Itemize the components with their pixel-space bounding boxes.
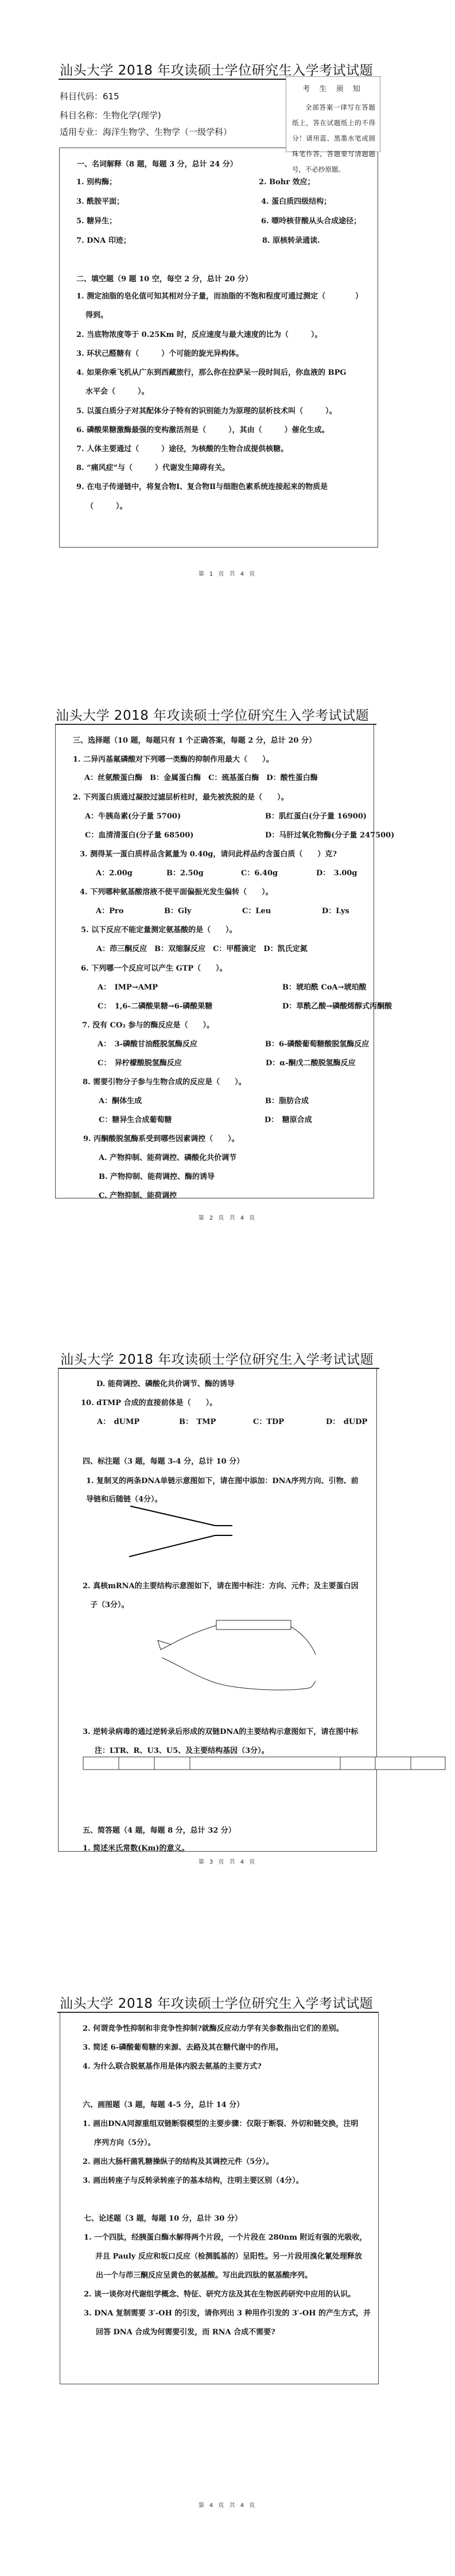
question: 3. 逆转录病毒的通过逆转录后形成的双链DNA的主要结构示意图如下，请在图中标 (83, 1725, 358, 1736)
option: D：草酰乙酸→磷酸烯醇式丙酮酸 (282, 1000, 392, 1011)
subject-name: 科目名称：生物化学(理学) (60, 109, 161, 121)
term-item: 1. 别构酶； (76, 176, 116, 187)
question: 2. 谈一谈你对代谢组学概念、特征、研究方法及其在生物医药研究中应用的认识。 (84, 2288, 355, 2299)
question: 子（3分）。 (90, 1599, 129, 1609)
question: 3. DNA 复制需要 3′-OH 的引发，请你列出 3 种用作引发的 3′-O… (84, 2307, 371, 2318)
options: A：茚三酮反应 B：双缩脲反应 C：甲醛滴定 D：凯氏定氮 (96, 942, 308, 953)
page-footer: 第 1 页 共 4 页 (0, 569, 455, 577)
question: 1. 一个四肽，经胰蛋白酶水解得两个片段，一个片段在 280nm 附近有强的光吸… (84, 2231, 367, 2242)
section-heading: 七、论述题（3 题，每题 10 分，总计 30 分） (84, 2212, 242, 2223)
option: A：牛胰岛素(分子量 5700) (85, 810, 181, 821)
option: B. 产物抑制、能荷调控、酶的诱导 (99, 1170, 215, 1181)
term-item: 4. 蛋白质四级结构； (261, 195, 331, 206)
question: 1. 复制叉的两条DNA单链示意图如下，请在图中添加：DNA序列方向、引物、前 (86, 1475, 359, 1485)
options: A：丝氨酸蛋白酶 B：金属蛋白酶 C：巯基蛋白酶 D：酸性蛋白酶 (84, 771, 318, 782)
notice-body: 全部答案一律写在答题纸上，答在试题纸上的不得分！请用蓝、黑墨水笔或圆珠笔作答，答… (292, 100, 375, 177)
question-box (58, 1368, 377, 1852)
page-footer: 第 3 页 共 4 页 (0, 1857, 455, 1865)
exam-title: 汕头大学 2018 年攻读硕士学位研究生入学考试试题 (60, 1349, 382, 1368)
question: 6. 下列哪一个反应可以产生 GTP（ ）。 (81, 962, 227, 973)
option: B： TMP (179, 1415, 216, 1426)
section-heading: 六、画图题（3 题，每题 4-5 分，总计 14 分） (83, 2098, 244, 2109)
exam-title: 汕头大学 2018 年攻读硕士学位研究生入学考试试题 (56, 705, 377, 724)
option: C： 异柠檬酸脱氢酶反应 (98, 1057, 182, 1068)
fill-line: 3. 环状己醛糖有（ ）个可能的旋光异构体。 (76, 347, 243, 358)
option: B：肌红蛋白(分子量 16900) (265, 810, 367, 821)
question: 5. 以下反应不能定量测定氨基酸的是（ ）。 (81, 924, 237, 934)
mrna-structure-diagram (155, 1619, 316, 1699)
question: 导链和后随链（4分）。 (86, 1493, 162, 1504)
question: 4. 为什么联合脱氨基作用是体内脱去氨基的主要方式? (83, 2060, 262, 2071)
retrovirus-dna-diagram (83, 1756, 448, 1771)
option: A：2.00g (96, 867, 133, 878)
term-item: 3. 酰胺平面； (76, 195, 124, 206)
option: A： IMP→AMP (98, 981, 158, 992)
page-footer: 第 4 页 共 4 页 (0, 2500, 455, 2509)
option: C：血清清蛋白(分子量 68500) (85, 829, 193, 840)
question: 10. dTMP 合成的直接前体是（ ）。 (81, 1396, 217, 1407)
fill-line: （ ）。 (86, 500, 127, 511)
option: B：Gly (164, 905, 192, 915)
fill-line: 4. 如果你乘飞机从广东到西藏旅行，那么你在拉萨呆一段时间后，你血液的 BPG (76, 366, 347, 377)
option: D：α-酮戊二酸脱氢酶反应 (266, 1057, 356, 1068)
option: D： dUDP (326, 1415, 367, 1426)
question: 9. 丙酮酸脱氢酶系受到哪些因素调控（ ）。 (83, 1132, 239, 1143)
option: C：糖异生合成葡萄糖 (99, 1114, 172, 1124)
option: D： 糖原合成 (265, 1114, 312, 1124)
fill-line: 5. 以蛋白质分子对其配体分子特有的识别能力为原理的层析技术叫（ ）。 (76, 405, 337, 416)
question: 3. 简述 6-磷酸葡萄糖的来源、去路及其在糖代谢中的作用。 (83, 2041, 283, 2052)
option: B：2.50g (166, 867, 204, 878)
page-1: 汕头大学 2018 年攻读硕士学位研究生入学考试试题 科目代码：615 科目名称… (0, 0, 455, 643)
question: 3. 画出转座子与反转录转座子的基本结构，注明主要区别（4分）。 (83, 2174, 304, 2185)
question: 2. 真核mRNA的主要结构示意图如下，请在图中标注：方向、元件；及主要蛋白因 (83, 1580, 359, 1590)
option: D. 能荷调控、磷酸化共价调节、酶的诱导 (96, 1378, 235, 1388)
fill-line: 7. 人体主要通过（ ）途径，为核酸的生物合成提供核糖。 (76, 443, 288, 453)
term-item: 8. 原核转录通读. (262, 234, 320, 245)
question: 并且 Pauly 反应和坂口反应（检测胍基的）呈阳性。另一片段用溴化氰处理释放 (95, 2250, 362, 2261)
replication-fork-diagram (129, 1504, 232, 1561)
applicable-major: 适用专业：海洋生物学、生物学（一级学科） (60, 126, 232, 138)
section-heading: 一、名词解释（8 题，每题 3 分，总计 24 分） (77, 158, 238, 169)
section-heading: 四、标注题（3 题，每题 3-4 分，总计 10 分） (83, 1455, 244, 1466)
question: 2. 下列蛋白质通过凝胶过滤层析柱时，最先被洗脱的是（ ）。 (73, 791, 289, 802)
option: C：Leu (242, 905, 271, 915)
fill-line: 2. 当底物浓度等于 0.25Km 时，反应速度与最大速度的比为（ ）。 (76, 328, 322, 339)
option: D：马肝过氧化物酶(分子量 247500) (265, 829, 394, 840)
page-footer: 第 2 页 共 4 页 (0, 1213, 455, 1221)
fill-line: 6. 磷酸果糖激酶最强的变构激活剂是（ ），其由（ ）催化生成。 (76, 424, 329, 434)
option: C：6.40g (241, 867, 278, 878)
term-item: 6. 嘌呤核苷酸从头合成途径； (261, 215, 361, 226)
term-item: 7. DNA 印迹； (76, 234, 131, 245)
option: C. 产物抑制、能荷调控 (99, 1189, 177, 1200)
question: 4. 下列哪种氨基酸溶液不使平面偏振光发生偏转（ ）。 (80, 886, 273, 897)
question: 2. 何谓竞争性抑制和非竞争性抑制?就酶反应动力学有关参数指出它们的差别。 (83, 2022, 344, 2033)
option: B：6-磷酸葡萄糖酸脱氢酶反应 (265, 1038, 369, 1049)
section-heading: 三、选择题（10 题，每题只有 1 个正确答案，每题 2 分，总计 20 分） (73, 734, 316, 745)
option: D：Lys (322, 905, 349, 915)
candidate-notice: 考 生 须 知 全部答案一律写在答题纸上，答在试题纸上的不得分！请用蓝、黑墨水笔… (286, 76, 380, 152)
option: B：琥珀酰 CoA→琥珀酸 (282, 981, 367, 992)
section-heading: 五、简答题（4 题，每题 8 分，总计 32 分） (83, 1824, 236, 1835)
question: 1. 简述米氏常数(Km)的意义。 (83, 1842, 189, 1853)
option: D： 3.00g (316, 867, 357, 878)
option: C： 1,6-二磷酸果糖→6-磷酸果糖 (98, 1000, 212, 1011)
question: 7. 没有 CO₂ 参与的酶反应是（ ）。 (82, 1019, 214, 1030)
option: A： dUMP (97, 1415, 139, 1426)
question: 1. 画出DNA同源重组双链断裂模型的主要步骤：仅限于断裂、外切和链交换，注明 (83, 2117, 358, 2128)
exam-title: 汕头大学 2018 年攻读硕士学位研究生入学考试试题 (60, 1993, 381, 2012)
fill-line: 9. 在电子传递链中，将复合物Ⅰ、复合物Ⅱ与细胞色素系统连接起来的物质是 (76, 480, 328, 491)
subject-code: 科目代码：615 (60, 90, 119, 102)
option: A：Pro (96, 905, 123, 915)
option: B：脂肪合成 (265, 1095, 309, 1105)
fill-line: 1. 测定油脂的皂化值可知其相对分子量，而油脂的不饱和程度可通过测定（ ） (76, 290, 363, 301)
term-item: 5. 糖异生； (76, 215, 116, 226)
option: C：TDP (253, 1415, 284, 1426)
term-item: 2. Bohr 效应； (259, 176, 315, 187)
section-heading: 二、填空题（9 题 10 空，每空 2 分，总计 20 分） (76, 273, 252, 284)
question: 3. 测得某一蛋白质样品含氮量为 0.40g，请问此样品约含蛋白质（ ）克? (80, 848, 337, 859)
fill-line: 8. “痛风症”与（ ）代谢发生障碍有关。 (76, 461, 230, 472)
question: 序列方向（5分）。 (94, 2136, 155, 2147)
option: A：酮体生成 (99, 1095, 142, 1105)
question: 2. 画出大肠杆菌乳糖操纵子的结构及其调控元件（5分）。 (83, 2155, 274, 2166)
fill-line: 水平会（ ）。 (85, 385, 149, 396)
question: 8. 需要引物分子参与生物合成的反应是（ ）。 (83, 1076, 246, 1087)
option: A. 产物抑制、能荷调控、磷酸化共价调节 (99, 1151, 236, 1162)
question: 出一个与茚三酮反应呈黄色的氨基酸。写出此四肽的氨基酸序列。 (96, 2269, 312, 2280)
option: A： 3-磷酸甘油醛脱氢酶反应 (98, 1038, 197, 1049)
question: 回答 DNA 合成为何需要引发，而 RNA 合成不需要? (96, 2326, 275, 2337)
fill-line: 得到。 (85, 309, 108, 320)
question: 1. 二异丙基氟磷酸对下列哪一类酶的抑制作用最大（ ）。 (73, 753, 274, 764)
question: 注：LTR、R、U3、U5、及主要结构基因（3分）。 (95, 1744, 269, 1755)
notice-title: 考 生 须 知 (286, 83, 380, 94)
